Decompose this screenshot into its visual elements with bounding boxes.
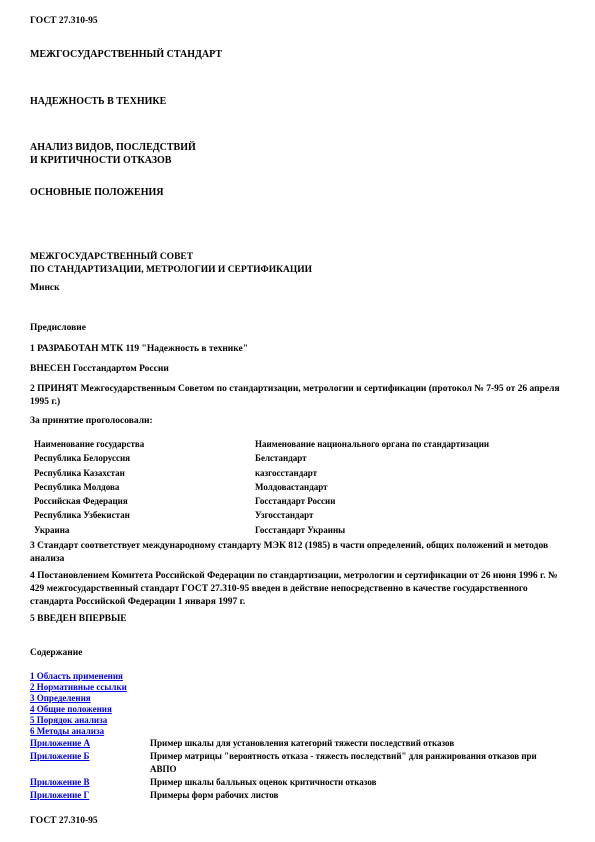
state-name: Республика Белоруссия — [34, 451, 255, 465]
doc-subtitle: ОСНОВНЫЕ ПОЛОЖЕНИЯ — [30, 187, 565, 199]
toc-link-appendix-v[interactable]: Приложение В — [30, 777, 90, 787]
foreword-correspondence: 3 Стандарт соответствует международному … — [30, 540, 565, 566]
doc-title-line2: И КРИТИЧНОСТИ ОТКАЗОВ — [30, 154, 565, 167]
toc-link-scope[interactable]: 1 Область применения — [30, 671, 565, 682]
toc-link-normative-references[interactable]: 2 Нормативные ссылки — [30, 682, 565, 693]
vote-table-row: Республика Молдова Молдовастандарт — [34, 480, 565, 494]
state-name: Республика Узбекистан — [34, 508, 255, 522]
vote-table-row: Республика Белоруссия Белстандарт — [34, 451, 565, 465]
header-doc-code: ГОСТ 27.310-95 — [30, 16, 565, 27]
state-name: Российская Федерация — [34, 494, 255, 508]
toc-link-definitions[interactable]: 3 Определения — [30, 693, 565, 704]
subject-heading: НАДЕЖНОСТЬ В ТЕХНИКЕ — [30, 96, 565, 108]
vote-intro: За принятие проголосовали: — [30, 415, 565, 428]
appendix-description: Пример матрицы "вероятность отказа - тяж… — [150, 750, 545, 776]
standards-body-name: Узгосстандарт — [255, 508, 565, 522]
appendix-description: Пример шкалы для установления категорий … — [150, 737, 545, 750]
foreword-developed: 1 РАЗРАБОТАН МТК 119 "Надежность в техни… — [30, 343, 565, 356]
council-name-line2: ПО СТАНДАРТИЗАЦИИ, МЕТРОЛОГИИ И СЕРТИФИК… — [30, 264, 565, 277]
standards-body-name: Молдовастандарт — [255, 480, 565, 494]
appendix-row: Приложение Б Пример матрицы "вероятность… — [30, 750, 565, 776]
foreword-submitted: ВНЕСЕН Госстандартом России — [30, 363, 565, 376]
toc-link-appendix-a[interactable]: Приложение А — [30, 738, 90, 748]
appendix-row: Приложение В Пример шкалы балльных оцено… — [30, 776, 565, 789]
vote-table: Наименование государства Наименование на… — [30, 437, 565, 537]
council-name-line1: МЕЖГОСУДАРСТВЕННЫЙ СОВЕТ — [30, 251, 565, 264]
appendix-link-cell: Приложение Б — [30, 750, 150, 776]
vote-table-row: Украина Госстандарт Украины — [34, 523, 565, 537]
appendix-link-cell: Приложение В — [30, 776, 150, 789]
toc-link-appendix-g[interactable]: Приложение Г — [30, 790, 89, 800]
footer-doc-code: ГОСТ 27.310-95 — [30, 816, 565, 827]
vote-table-row: Республика Узбекистан Узгосстандарт — [34, 508, 565, 522]
vote-col-body-header: Наименование национального органа по ста… — [255, 437, 565, 451]
council-name: МЕЖГОСУДАРСТВЕННЫЙ СОВЕТ ПО СТАНДАРТИЗАЦ… — [30, 251, 565, 277]
doc-title-line1: АНАЛИЗ ВИДОВ, ПОСЛЕДСТВИЙ — [30, 141, 565, 154]
toc-link-appendix-b[interactable]: Приложение Б — [30, 751, 89, 761]
doc-title: АНАЛИЗ ВИДОВ, ПОСЛЕДСТВИЙ И КРИТИЧНОСТИ … — [30, 141, 565, 167]
vote-col-state-header: Наименование государства — [34, 437, 255, 451]
appendix-link-cell: Приложение А — [30, 737, 150, 750]
state-name: Украина — [34, 523, 255, 537]
appendix-description: Примеры форм рабочих листов — [150, 789, 545, 802]
standards-body-name: казгосстандарт — [255, 466, 565, 480]
document-page: ГОСТ 27.310-95 МЕЖГОСУДАРСТВЕННЫЙ СТАНДА… — [0, 0, 595, 842]
standards-body-name: Белстандарт — [255, 451, 565, 465]
foreword-adopted: 2 ПРИНЯТ Межгосударственным Советом по с… — [30, 383, 565, 409]
appendix-row: Приложение Г Примеры форм рабочих листов — [30, 789, 565, 802]
foreword-enactment: 4 Постановлением Комитета Российской Фед… — [30, 570, 565, 609]
toc-link-analysis-procedure[interactable]: 5 Порядок анализа — [30, 715, 565, 726]
standard-type-heading: МЕЖГОСУДАРСТВЕННЫЙ СТАНДАРТ — [30, 49, 565, 61]
state-name: Республика Казахстан — [34, 466, 255, 480]
vote-table-row: Российская Федерация Госстандарт России — [34, 494, 565, 508]
contents-heading: Содержание — [30, 648, 565, 659]
standards-body-name: Госстандарт Украины — [255, 523, 565, 537]
appendix-row: Приложение А Пример шкалы для установлен… — [30, 737, 565, 750]
city-label: Минск — [30, 283, 565, 294]
vote-table-row: Республика Казахстан казгосстандарт — [34, 466, 565, 480]
standards-body-name: Госстандарт России — [255, 494, 565, 508]
appendix-link-cell: Приложение Г — [30, 789, 150, 802]
foreword-heading: Предисловие — [30, 323, 565, 334]
table-of-contents: 1 Область применения 2 Нормативные ссылк… — [30, 671, 565, 802]
state-name: Республика Молдова — [34, 480, 255, 494]
foreword-first-time: 5 ВВЕДЕН ВПЕРВЫЕ — [30, 613, 565, 626]
toc-link-general-provisions[interactable]: 4 Общие положения — [30, 704, 565, 715]
vote-table-header-row: Наименование государства Наименование на… — [34, 437, 565, 451]
appendix-description: Пример шкалы балльных оценок критичности… — [150, 776, 545, 789]
toc-link-analysis-methods[interactable]: 6 Методы анализа — [30, 726, 565, 737]
